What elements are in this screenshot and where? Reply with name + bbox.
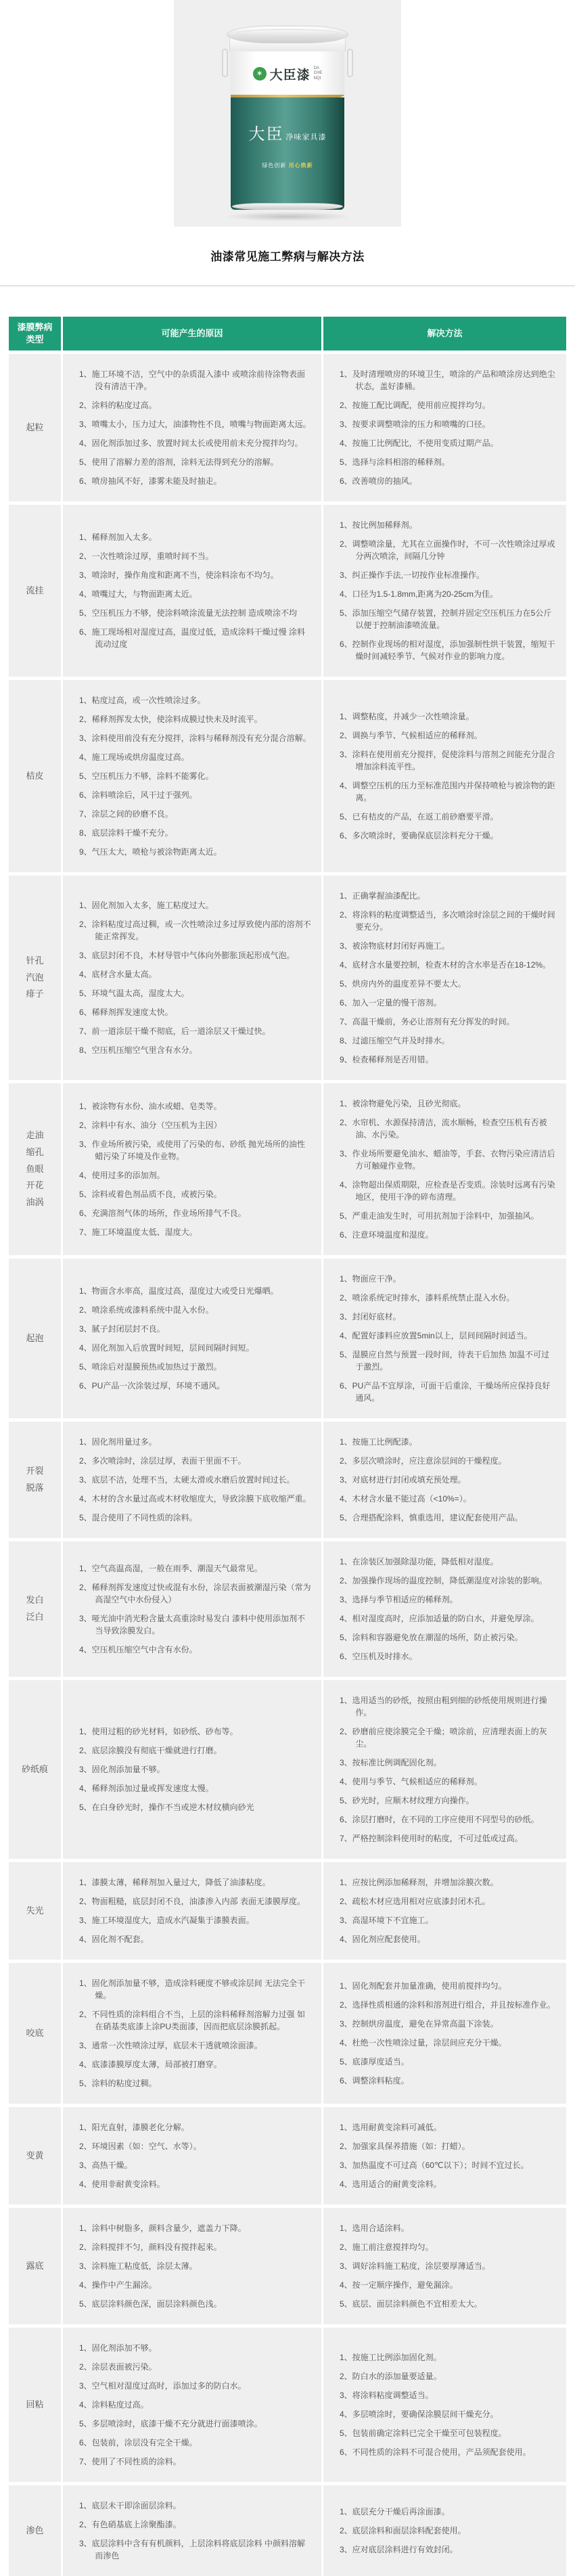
cause-item: 5、混合使用了不同性质的涂料。 (79, 1512, 312, 1524)
solution-item: 2、加强操作现场的温度控制，降低潮湿度对涂装的影响。 (340, 1575, 557, 1587)
cause-item: 3、涂料施工粘度低，涂层太薄。 (79, 2260, 312, 2272)
cause-item: 7、施工环境温度太低、湿度大。 (79, 1226, 312, 1238)
solution-item: 1、物面应干净。 (340, 1273, 557, 1285)
cause-item: 2、一次性喷涂过厚，重喷时间不当。 (79, 550, 312, 562)
solution-item: 3、按标准比例调配固化剂。 (340, 1757, 557, 1769)
cause-item: 3、涂料使用前没有充分搅拌，涂料与稀释剂没有充分混合溶解。 (79, 732, 312, 744)
solution-item: 4、配置好漆料应放置5min以上，层间间隔时间适当。 (340, 1330, 557, 1342)
cause-item: 2、涂料中有水、油分（空压机为主因） (79, 1119, 312, 1131)
cause-item: 3、空气相对湿度过高时，添加过多的防白水。 (79, 2380, 312, 2392)
solution-item: 6、PU产品不宜厚涂，可面干后重涂，干燥场所应保持良好通风。 (340, 1380, 557, 1404)
cause-item: 3、腻子封闭层封不良。 (79, 1323, 312, 1335)
brand-logo-icon (253, 67, 267, 81)
cause-item: 7、涂层之间的砂磨不良。 (79, 808, 312, 820)
defect-type-cell: 桔皮 (9, 680, 61, 872)
cause-item: 5、底层涂料颜色深，面层涂料颜色浅。 (79, 2298, 312, 2310)
solution-item: 2、底层涂料和面层涂料配套使用。 (340, 2525, 557, 2537)
solution-item: 5、底层、面层涂料颜色不宜相差太大。 (340, 2298, 557, 2310)
solution-item: 6、加入一定量的慢干溶剂。 (340, 997, 557, 1009)
solution-item: 2、调换与季节、气候相适应的稀释剂。 (340, 729, 557, 742)
causes-cell: 1、固化剂加入太多，施工粘度过大。2、涂料粘度过高过稠，或一次性喷涂过多过厚致使… (63, 876, 321, 1080)
solutions-cell: 1、被涂物避免污染，且砂光彻底。2、水帘机、水源保持清洁，流水顺畅，检查空压机有… (323, 1083, 566, 1255)
tagline-left: 绿色创新 (262, 162, 286, 168)
solution-item: 3、控制烘房温度，避免在异常高温下涂装。 (340, 2018, 557, 2030)
solution-item: 3、将涂料粘度调整适当。 (340, 2389, 557, 2401)
solution-item: 3、加热温度不可过高（60℃以下）；时间不宜过长。 (340, 2159, 557, 2171)
brand-name-en: DA CHE NQI (314, 66, 323, 81)
solution-item: 3、被涂物底材封闭好再施工。 (340, 940, 557, 952)
cause-item: 4、空压机压缩空气中含有水份。 (79, 1644, 312, 1656)
cause-item: 2、涂料的粘度过高。 (79, 399, 312, 411)
solution-item: 3、按要求调整喷涂的压力和喷嘴的口径。 (340, 418, 557, 430)
cause-item: 2、物面粗糙，底层封闭不良，油漆渗入内部 表面无漆膜厚度。 (79, 1895, 312, 1907)
defect-type-cell: 露底 (9, 2208, 61, 2324)
cause-item: 4、木材的含水量过高或木材收缩度大，导致涂膜下底收缩严重。 (79, 1493, 312, 1505)
cause-item: 4、施工现场或烘房温度过高。 (79, 751, 312, 763)
product-name-sub: 净味家具漆 (286, 131, 327, 142)
solution-item: 2、将涂料的粘度调整适当，多次喷涂时涂层之间的干燥时间要充分。 (340, 909, 557, 933)
cause-item: 7、使用了不同性质的涂料。 (79, 2456, 312, 2468)
solution-item: 5、添加压缩空气储存装置，控制并固定空压机压力在5公斤以便于控制油漆喷流量。 (340, 607, 557, 631)
solution-item: 6、注意环境温度和湿度。 (340, 1229, 557, 1241)
solution-item: 4、相对湿度高时，应添加适量的防白水，并避免厚涂。 (340, 1612, 557, 1625)
solution-item: 1、按施工比例配漆。 (340, 1436, 557, 1448)
solution-item: 1、选用耐黄变涂料可减低。 (340, 2121, 557, 2133)
product-name: 大臣 净味家具漆 (249, 120, 327, 144)
solution-item: 2、加强家具保养措施（如：打蜡）。 (340, 2140, 557, 2152)
solution-item: 5、选择与涂料相溶的稀释剂。 (340, 456, 557, 468)
causes-cell: 1、稀释剂加入太多。2、一次性喷涂过厚，重喷时间不当。3、喷涂时，操作角度和距离… (63, 505, 321, 677)
solution-item: 2、水帘机、水源保持清洁，流水顺畅，检查空压机有否被油、水污染。 (340, 1116, 557, 1141)
causes-cell: 1、粘度过高，或一次性喷涂过多。2、稀释剂挥发太快，使涂料成膜过快未及时流平。3… (63, 680, 321, 872)
paint-bucket: 大臣漆 DA CHE NQI 大臣 净味家具漆 绿色创新 用心焕新 (231, 26, 344, 215)
cause-item: 5、喷涂后对湿膜预热或加热过于激烈。 (79, 1361, 312, 1373)
defect-type-cell: 起泡 (9, 1259, 61, 1418)
tagline-right: 用心焕新 (289, 162, 313, 168)
cause-item: 4、涂料粘度过高。 (79, 2399, 312, 2411)
cause-item: 5、使用了溶解力差的溶剂，涂料无法得到充分的溶解。 (79, 456, 312, 468)
solution-item: 4、使用与季节、气候相适应的稀释剂。 (340, 1776, 557, 1788)
cause-item: 5、多层喷涂时，底漆干燥不充分就进行面漆喷涂。 (79, 2418, 312, 2430)
solution-item: 1、底层充分干燥后再涂面漆。 (340, 2506, 557, 2518)
solutions-cell: 1、固化剂配套并加量准确，使用前搅拌均匀。2、选择性质相通的涂料和溶剂进行组合，… (323, 1963, 566, 2104)
bucket-lid (227, 26, 348, 43)
cause-item: 4、固化剂添加过多、放置时间太长或使用前未充分搅拌均匀。 (79, 437, 312, 449)
cause-item: 6、喷房抽风不好，漆雾未能及时抽走。 (79, 475, 312, 487)
cause-item: 9、气压太大，喷枪与被涂物距离太近。 (79, 846, 312, 858)
causes-cell: 1、涂料中树脂多，颜料含量少，遮盖力下降。2、涂料搅拌不匀，颜料没有搅拌起来。3… (63, 2208, 321, 2324)
cause-item: 2、环境因素（如：空气、水等）。 (79, 2140, 312, 2152)
cause-item: 2、底层涂膜没有彻底干燥就进行打磨。 (79, 1744, 312, 1757)
cause-item: 2、稀释剂挥发太快，使涂料成膜过快未及时流平。 (79, 713, 312, 725)
cause-item: 1、涂料中树脂多，颜料含量少，遮盖力下降。 (79, 2222, 312, 2234)
solution-item: 1、调整粘度，并减少一次性喷涂量。 (340, 710, 557, 723)
cause-item: 6、涂料喷涂后，风干过于强列。 (79, 789, 312, 801)
causes-cell: 1、被涂物有水份、油水或蜡、皂类等。2、涂料中有水、油分（空压机为主因）3、作业… (63, 1083, 321, 1255)
cause-item: 3、施工环境湿度大，造成水汽凝集于漆膜表面。 (79, 1914, 312, 1926)
cause-item: 6、PU产品一次涂装过厚，环境不通风。 (79, 1380, 312, 1392)
solution-item: 4、杜绝一次性喷涂过量，涂层间应充分干燥。 (340, 2037, 557, 2049)
solution-item: 6、空压机及时排水。 (340, 1650, 557, 1663)
cause-item: 5、空压机压力不够，使涂料喷涂流量无法控制 造成喷涂不均 (79, 607, 312, 619)
cause-item: 6、稀释剂挥发速度太快。 (79, 1006, 312, 1018)
cause-item: 3、喷嘴太小，压力过大，油漆物性不良，喷嘴与物面距离太远。 (79, 418, 312, 430)
header-causes: 可能产生的原因 (63, 317, 321, 351)
cause-item: 5、环境气温太高，湿度太大。 (79, 987, 312, 999)
solution-item: 5、严重走油发生时，可用抗剂加于涂料中，加强抽风。 (340, 1210, 557, 1222)
solution-item: 1、按比例加稀释剂。 (340, 519, 557, 531)
solution-item: 4、多层喷涂时，要确保涂膜层间干燥充分。 (340, 2408, 557, 2420)
cause-item: 2、稀释剂挥发速度过快或混有水份，涂层表面被潮湿污染（常为高湿空气中水份侵入） (79, 1581, 312, 1606)
cause-item: 2、涂料搅拌不匀，颜料没有搅拌起来。 (79, 2241, 312, 2253)
solution-item: 3、作业场所要避免油水、蜡油等，手套、衣物污染应清洁后方可触碰作业物。 (340, 1148, 557, 1172)
solution-item: 3、调好涂料施工粘度，涂层要厚薄适当。 (340, 2260, 557, 2272)
cause-item: 5、在白身砂光时，操作不当或逆木材纹横向砂光 (79, 1801, 312, 1813)
causes-cell: 1、阳光直射，漆膜老化分解。2、环境因素（如：空气、水等）。3、高热干燥。4、使… (63, 2107, 321, 2205)
bucket-handle-right (347, 49, 353, 77)
causes-cell: 1、固化剂添加量不够，造成涂料硬度不够或涂层间 无法完全干燥。2、不同性质的涂料… (63, 1963, 321, 2104)
causes-cell: 1、使用过粗的砂光材料，如砂纸、砂布等。2、底层涂膜没有彻底干燥就进行打磨。3、… (63, 1680, 321, 1859)
cause-item: 7、前一道涂层干燥不彻底，后一道涂层又干燥过快。 (79, 1025, 312, 1037)
causes-cell: 1、固化剂用量过多。2、多次喷涂时，涂层过厚，表面干里面不干。3、底层不洁，处理… (63, 1422, 321, 1538)
solution-item: 3、选择与季节相适应的稀释剂。 (340, 1594, 557, 1606)
cause-item: 4、喷嘴过大，与物面距离太近。 (79, 588, 312, 600)
cause-item: 1、固化剂用量过多。 (79, 1436, 312, 1448)
solution-item: 7、高温干燥前，务必让溶剂有充分挥发的时间。 (340, 1016, 557, 1028)
cause-item: 1、漆膜太薄，稀释剂加入量过大，降低了油漆粘度。 (79, 1876, 312, 1889)
solution-item: 5、包装前确定涂料已完全干燥至可包装程度。 (340, 2427, 557, 2439)
solution-item: 4、选用适合的耐黄变涂料。 (340, 2178, 557, 2190)
cause-item: 1、空气高温高湿，一般在雨季、潮湿天气最常见。 (79, 1562, 312, 1575)
cause-item: 4、稀释剂添加过量或挥发速度太慢。 (79, 1782, 312, 1794)
defect-type-cell: 砂纸痕 (9, 1680, 61, 1859)
solution-item: 8、过滤压缩空气并及时排水。 (340, 1035, 557, 1047)
solution-item: 2、调整喷涂量，尤其在立面操作时，不可一次性喷涂过厚或分两次喷涂，间隔几分钟 (340, 538, 557, 562)
solution-item: 1、应按比例添加稀释剂，并增加涂膜次数。 (340, 1876, 557, 1889)
cause-item: 1、被涂物有水份、油水或蜡、皂类等。 (79, 1100, 312, 1112)
solution-item: 6、控制作业现场的相对湿度，添加强制性烘干装置，缩短干燥时间减轻季节、气候对作业… (340, 638, 557, 662)
solutions-cell: 1、按比例加稀释剂。2、调整喷涂量，尤其在立面操作时，不可一次性喷涂过厚或分两次… (323, 505, 566, 677)
solution-item: 1、及时清理喷房的环境卫生，喷涂的产品和喷涂房达到绝尘状态，盖好漆桶。 (340, 368, 557, 392)
brand-name: 大臣漆 (270, 65, 310, 83)
cause-item: 3、底层封闭不良，木材导管中气体向外膨胀顶起形成气泡。 (79, 949, 312, 962)
solutions-cell: 1、调整粘度，并减少一次性喷涂量。2、调换与季节、气候相适应的稀释剂。3、涂料在… (323, 680, 566, 872)
product-tagline: 绿色创新 用心焕新 (262, 162, 313, 169)
solution-item: 5、已有桔皮的产品，在返工前砂磨要平滑。 (340, 811, 557, 823)
cause-item: 4、固化剂加入后放置时间短，层间间隔时间短。 (79, 1342, 312, 1354)
solutions-cell: 1、按施工比例配漆。2、多层次喷涂时，应注意涂层间的干燥程度。3、对底材进行封闭… (323, 1422, 566, 1538)
solution-item: 6、改善喷房的抽风。 (340, 475, 557, 487)
solutions-cell: 1、按施工比例添加固化剂。2、防白水的添加量要适量。3、将涂料粘度调整适当。4、… (323, 2328, 566, 2482)
defect-type-cell: 起粒 (9, 354, 61, 501)
defect-type-cell: 失光 (9, 1862, 61, 1960)
cause-item: 2、涂料粘度过高过稠，或一次性喷涂过多过厚致使内部的溶剂不能正常挥发。 (79, 918, 312, 943)
header-defect-type: 漆膜弊病类型 (9, 317, 61, 351)
bucket-bottom-rim (232, 203, 343, 210)
bucket-body-label: 大臣 净味家具漆 绿色创新 用心焕新 (231, 97, 344, 210)
solution-item: 6、涂层打磨时，在不同的工序应使用不同型号的砂纸。 (340, 1813, 557, 1826)
cause-item: 2、多次喷涂时，涂层过厚，表面干里面不干。 (79, 1455, 312, 1467)
cause-item: 1、使用过粗的砂光材料，如砂纸、砂布等。 (79, 1725, 312, 1738)
defect-type-cell: 回粘 (9, 2328, 61, 2482)
defect-type-cell: 开裂 脱落 (9, 1422, 61, 1538)
product-name-main: 大臣 (249, 120, 284, 144)
solutions-cell: 1、物面应干净。2、喷涂系统定时排水，漆料系统禁止混入水份。3、封闭好底材。4、… (323, 1259, 566, 1418)
cause-item: 2、喷涂系统或漆料系统中混入水份。 (79, 1304, 312, 1316)
defect-table: 漆膜弊病类型 可能产生的原因 解决方法 起粒 1、施工环境不洁，空气中的杂质混入… (9, 317, 566, 2576)
cause-item: 3、通常一次性喷涂过厚，底层未干透就喷涂面漆。 (79, 2039, 312, 2052)
solution-item: 6、多次喷涂时，要确保底层涂料充分干燥。 (340, 830, 557, 842)
cause-item: 3、哑光油中消光粉含量太高重涂时易发白 漆料中使用添加剂不当导致涂膜发白。 (79, 1612, 312, 1637)
cause-item: 4、使用非耐黄变涂料。 (79, 2178, 312, 2190)
solutions-cell: 1、及时清理喷房的环境卫生，喷涂的产品和喷涂房达到绝尘状态，盖好漆桶。2、按施工… (323, 354, 566, 501)
cause-item: 3、高热干燥。 (79, 2159, 312, 2171)
solution-item: 5、湿膜应自然与预置一段时间，待表干后加热 加温不可过于激烈。 (340, 1349, 557, 1373)
causes-cell: 1、物面含水率高，温度过高，湿度过大或受日光爆晒。2、喷涂系统或漆料系统中混入水… (63, 1259, 321, 1418)
solution-item: 2、选择性质相通的涂料和溶剂进行组合，并且按标准作业。 (340, 1999, 557, 2011)
solution-item: 1、选用合适涂料。 (340, 2222, 557, 2234)
causes-cell: 1、固化剂添加不够。2、涂层表面被污染。3、空气相对湿度过高时，添加过多的防白水… (63, 2328, 321, 2482)
solutions-cell: 1、选用耐黄变涂料可减低。2、加强家具保养措施（如：打蜡）。3、加热温度不可过高… (323, 2107, 566, 2205)
defect-type-cell: 走油 缩孔 鱼眼 开花 油涡 (9, 1083, 61, 1255)
solution-item: 5、合理搭配涂料，慎重选用，建议配套使用产品。 (340, 1512, 557, 1524)
solutions-cell: 1、正确掌握油漆配比。2、将涂料的粘度调整适当，多次喷涂时涂层之间的干燥时间要充… (323, 876, 566, 1080)
cause-item: 1、阳光直射，漆膜老化分解。 (79, 2121, 312, 2133)
solution-item: 3、高湿环境下不宜施工。 (340, 1914, 557, 1926)
cause-item: 4、底漆漆膜厚度太薄，局部被打磨穿。 (79, 2058, 312, 2071)
solution-item: 3、涂料在使用前充分搅拌，促使涂料与溶剂之间能充分混合增加涂料流平性。 (340, 748, 557, 773)
solution-item: 4、按施工比例配比，不使用变质过期产品。 (340, 437, 557, 449)
solution-item: 3、纠正操作手法,一切按作业标准操作。 (340, 569, 557, 581)
product-photo: 大臣漆 DA CHE NQI 大臣 净味家具漆 绿色创新 用心焕新 (174, 0, 401, 227)
cause-item: 4、底材含水量太高。 (79, 968, 312, 980)
solution-item: 4、涂物超出保质期限，应检查是否变质。涂装时远离有污染地区，使用干净的碎布清理。 (340, 1179, 557, 1203)
solutions-cell: 1、底层充分干燥后再涂面漆。2、底层涂料和面层涂料配套使用。3、应对底层涂料进行… (323, 2485, 566, 2576)
solution-item: 6、不同性质的涂料不可混合使用，产品须配套使用。 (340, 2446, 557, 2458)
bucket-lid-inner (237, 29, 338, 37)
solution-item: 1、选用适当的砂纸，按照由粗到细的砂纸使用规则进行操作。 (340, 1694, 557, 1719)
solution-item: 9、检查稀释剂是否用错。 (340, 1054, 557, 1066)
solution-item: 2、多层次喷涂时，应注意涂层间的干燥程度。 (340, 1455, 557, 1467)
cause-item: 8、底层涂料干燥不充分。 (79, 827, 312, 839)
defect-type-cell: 变黄 (9, 2107, 61, 2205)
defect-type-cell: 渗色 (9, 2485, 61, 2576)
solution-item: 4、调整空压机的压力至标准范围内并保持喷枪与被涂物的距离。 (340, 779, 557, 804)
cause-item: 1、底层未干即涂面层涂料。 (79, 2500, 312, 2512)
cause-item: 5、空压机压力不够，涂料不能雾化。 (79, 770, 312, 782)
solution-item: 5、涂料和容器避免放在潮湿的场所，防止被污染。 (340, 1631, 557, 1644)
cause-item: 1、稀释剂加入太多。 (79, 531, 312, 543)
causes-cell: 1、底层未干即涂面层涂料。2、有色硝基底上涂聚酯漆。3、底层涂料中含有有机颜料，… (63, 2485, 321, 2576)
cause-item: 1、固化剂添加量不够，造成涂料硬度不够或涂层间 无法完全干燥。 (79, 1977, 312, 2002)
cause-item: 8、空压机压缩空气里含有水分。 (79, 1044, 312, 1056)
bucket-handle-left (222, 49, 228, 77)
solution-item: 6、调整涂料粘度。 (340, 2075, 557, 2087)
solution-item: 3、封闭好底材。 (340, 1311, 557, 1323)
cause-item: 2、有色硝基底上涂聚酯漆。 (79, 2518, 312, 2531)
cause-item: 6、包装前，涂层没有完全干燥。 (79, 2437, 312, 2449)
solution-item: 5、烘房内外的温度差异不要太大。 (340, 978, 557, 990)
cause-item: 1、固化剂加入太多，施工粘度过大。 (79, 899, 312, 911)
page-title: 油漆常见施工弊病与解决方法 (0, 227, 575, 286)
solution-item: 2、喷涂系统定时排水，漆料系统禁止混入水份。 (340, 1292, 557, 1304)
cause-item: 3、底层涂料中含有有机颜料，上层涂料将底层涂料 中颜料溶解而渗色 (79, 2537, 312, 2562)
cause-item: 3、底层不洁，处理不当，太硬太滑或水磨后放置时间过长。 (79, 1474, 312, 1486)
solution-item: 4、底材含水量要控制，检查木材的含水率是否在18-12%。 (340, 959, 557, 971)
solution-item: 3、应对底层涂料进行有效封闭。 (340, 2544, 557, 2556)
cause-item: 2、涂层表面被污染。 (79, 2361, 312, 2373)
solution-item: 2、防白水的添加量要适量。 (340, 2370, 557, 2382)
causes-cell: 1、空气高温高湿，一般在雨季、潮湿天气最常见。2、稀释剂挥发速度过快或混有水份，… (63, 1541, 321, 1677)
solution-item: 1、在涂装区加强除湿功能，降低相对湿度。 (340, 1556, 557, 1568)
solution-item: 7、严格控制涂料使用时的粘度，不可过低或过高。 (340, 1832, 557, 1845)
solution-item: 4、固化剂应配套使用。 (340, 1933, 557, 1945)
cause-item: 4、使用过多的添加剂。 (79, 1169, 312, 1181)
defect-type-cell: 针孔 汽泡 痱子 (9, 876, 61, 1080)
causes-cell: 1、施工环境不洁，空气中的杂质混入漆中 或喷涂前待涂物表面没有清洁干净。2、涂料… (63, 354, 321, 501)
cause-item: 1、物面含水率高，温度过高，湿度过大或受日光爆晒。 (79, 1285, 312, 1297)
solution-item: 1、被涂物避免污染，且砂光彻底。 (340, 1098, 557, 1110)
solution-item: 3、对底材进行封闭或填充预处理。 (340, 1474, 557, 1486)
cause-item: 5、涂料或着色剂品质不良，或被污染。 (79, 1188, 312, 1200)
solution-item: 4、口径为1.5-1.8mm,距离为20-25cm为佳。 (340, 588, 557, 600)
solutions-cell: 1、在涂装区加强除湿功能，降低相对湿度。2、加强操作现场的温度控制，降低潮湿度对… (323, 1541, 566, 1677)
defect-type-cell: 发白 泛白 (9, 1541, 61, 1677)
header-solutions: 解决方法 (323, 317, 566, 351)
cause-item: 4、固化剂不配套。 (79, 1933, 312, 1945)
solution-item: 5、砂光时，应顺木材纹理方向操作。 (340, 1794, 557, 1807)
solution-item: 2、砂磨前应使涂膜完全干燥；喷涂前，应清理表面上的灰尘。 (340, 1725, 557, 1750)
solution-item: 2、施工前注意搅拌均匀。 (340, 2241, 557, 2253)
cause-item: 2、不同性质的涂料组合不当，上层的涂料稀释剂溶解力过强 如在硝基类底漆上涂PU类… (79, 2008, 312, 2033)
solution-item: 5、底漆厚度适当。 (340, 2056, 557, 2068)
solutions-cell: 1、应按比例添加稀释剂，并增加涂膜次数。2、疏松木材应选用相对应底漆封闭木孔。3… (323, 1862, 566, 1960)
solution-item: 2、按施工配比调配，使用前应搅拌均匀。 (340, 399, 557, 411)
cause-item: 6、充满溶剂气体的场所，作业场所排气不良。 (79, 1207, 312, 1219)
causes-cell: 1、漆膜太薄，稀释剂加入量过大，降低了油漆粘度。2、物面粗糙，底层封闭不良，油漆… (63, 1862, 321, 1960)
cause-item: 3、喷涂时，操作角度和距离不当，使涂料涂布不均匀。 (79, 569, 312, 581)
cause-item: 3、作业场所被污染，或使用了污染的布、砂纸 抛光场所的油性蜡污染了环境及作业物。 (79, 1138, 312, 1162)
cause-item: 5、涂料的粘度过稠。 (79, 2077, 312, 2089)
cause-item: 1、施工环境不洁，空气中的杂质混入漆中 或喷涂前待涂物表面没有清洁干净。 (79, 368, 312, 392)
solution-item: 4、木材含水量不能过高（<10%=）。 (340, 1493, 557, 1505)
defect-type-cell: 咬底 (9, 1963, 61, 2104)
cause-item: 4、操作中产生漏涂。 (79, 2279, 312, 2291)
cause-item: 6、施工现场相对湿度过高，温度过低，造成涂料干燥过慢 涂料流动过度 (79, 626, 312, 650)
solution-item: 1、固化剂配套并加量准确，使用前搅拌均匀。 (340, 1980, 557, 1992)
solution-item: 1、按施工比例添加固化剂。 (340, 2351, 557, 2364)
solutions-cell: 1、选用合适涂料。2、施工前注意搅拌均匀。3、调好涂料施工粘度，涂层要厚薄适当。… (323, 2208, 566, 2324)
solutions-cell: 1、选用适当的砂纸，按照由粗到细的砂纸使用规则进行操作。2、砂磨前应使涂膜完全干… (323, 1680, 566, 1859)
defects-table-section: 漆膜弊病类型 可能产生的原因 解决方法 起粒 1、施工环境不洁，空气中的杂质混入… (0, 286, 575, 2576)
bucket-label-top: 大臣漆 DA CHE NQI (231, 51, 344, 96)
solution-item: 2、疏松木材应选用相对应底漆封闭木孔。 (340, 1895, 557, 1907)
solution-item: 1、正确掌握油漆配比。 (340, 890, 557, 902)
cause-item: 3、固化剂添加量不够。 (79, 1763, 312, 1776)
cause-item: 1、粘度过高，或一次性喷涂过多。 (79, 694, 312, 706)
solution-item: 4、按一定顺序操作，避免漏涂。 (340, 2279, 557, 2291)
cause-item: 1、固化剂添加不够。 (79, 2342, 312, 2354)
defect-type-cell: 流挂 (9, 505, 61, 677)
